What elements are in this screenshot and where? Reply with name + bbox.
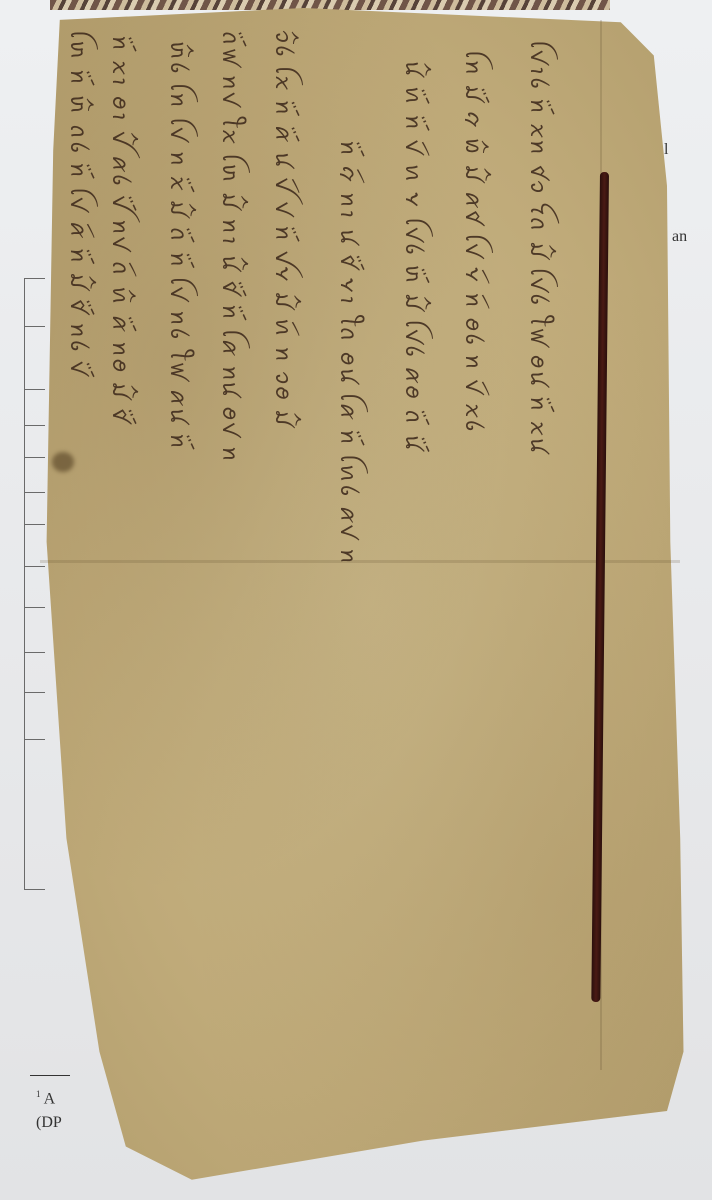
top-binding-string — [50, 0, 610, 10]
script-column: ꪙꪲ ꪕꪾ ꪀꪾ ꪚꪷ ꪕ ꪩ ꪶꪚꪉ ꪬꪾ ꪣꪲ ꪶꪚꪉ ꪁꪮ ꪒꪾ ꪙꪾ — [405, 60, 435, 1060]
margin-text-fragment: an — [672, 228, 687, 246]
script-column: ꪶꪬ ꪀꪾ ꪬꪲ ꪒꪉ ꪀꪾ ꪶꪚ ꪁꪷ ꪀꪾ ꪣꪲ ꪥꪾ ꪀꪉ ꪚꪾ — [70, 30, 100, 980]
footnote-rule — [30, 1075, 70, 1076]
script-column: ꪒꪾꪝ ꪀꪚ ꪻꪎ ꪶꪬ ꪣꪲ ꪀꪱ ꪙꪲ ꪥꪾ ꪀꪾ ꪶꪁ ꪀꪙ ꪮꪚ ꪀ — [222, 30, 252, 1140]
script-column: ꪬꪲꪉ ꪶꪀ ꪶꪚ ꪀ ꪎꪾ ꪣꪲ ꪒꪾ ꪀꪾ ꪶꪚ ꪀꪉ ꪻꪝ ꪁꪙ ꪀꪾ — [170, 40, 200, 1170]
script-column: ꪫꪲꪉ ꪶꪎ ꪀꪾ ꪁꪾ ꪙ ꪜꪷ ꪚ ꪀꪾ ꪜꪩ ꪣꪲ ꪕꪷ ꪀ ꪫꪮ ꪣꪲ — [275, 30, 305, 1140]
underlying-table-edge — [24, 278, 45, 890]
margin-text-fragment: l — [664, 141, 668, 159]
script-column: ꪶꪀ ꪣꪾ ꪋ ꪭꪲ ꪣꪲ ꪁꪥ ꪶꪚ ꪩꪷ ꪀꪷ ꪮꪉ ꪀ ꪚꪷ ꪎꪉ — [465, 50, 495, 1050]
script-column: ꪀꪾ ꪋꪷ ꪀꪱ ꪙꪴ ꪥꪾ ꪩꪱ ꪻꪒ ꪮꪙ ꪶꪁ ꪀꪾ ꪶꪕꪉ ꪁꪚ ꪀ — [340, 140, 370, 1100]
footnote-fragment: 1 A (DP — [36, 1082, 62, 1135]
script-column: ꪶꪚꪱꪉ ꪀꪾ ꪎꪀ ꪥꪫ ꪼꪒ ꪣꪲ ꪶꪚꪉ ꪻꪝ ꪮꪙ ꪀꪾ ꪎꪙ — [530, 40, 560, 1000]
script-column: ꪀꪾ ꪎꪱ ꪮꪱ ꪜꪲ ꪁꪉ ꪜꪾ ꪀꪚ ꪒꪷ ꪕꪲ ꪁꪾ ꪀꪮ ꪣꪲ ꪥꪾ — [112, 35, 142, 1155]
